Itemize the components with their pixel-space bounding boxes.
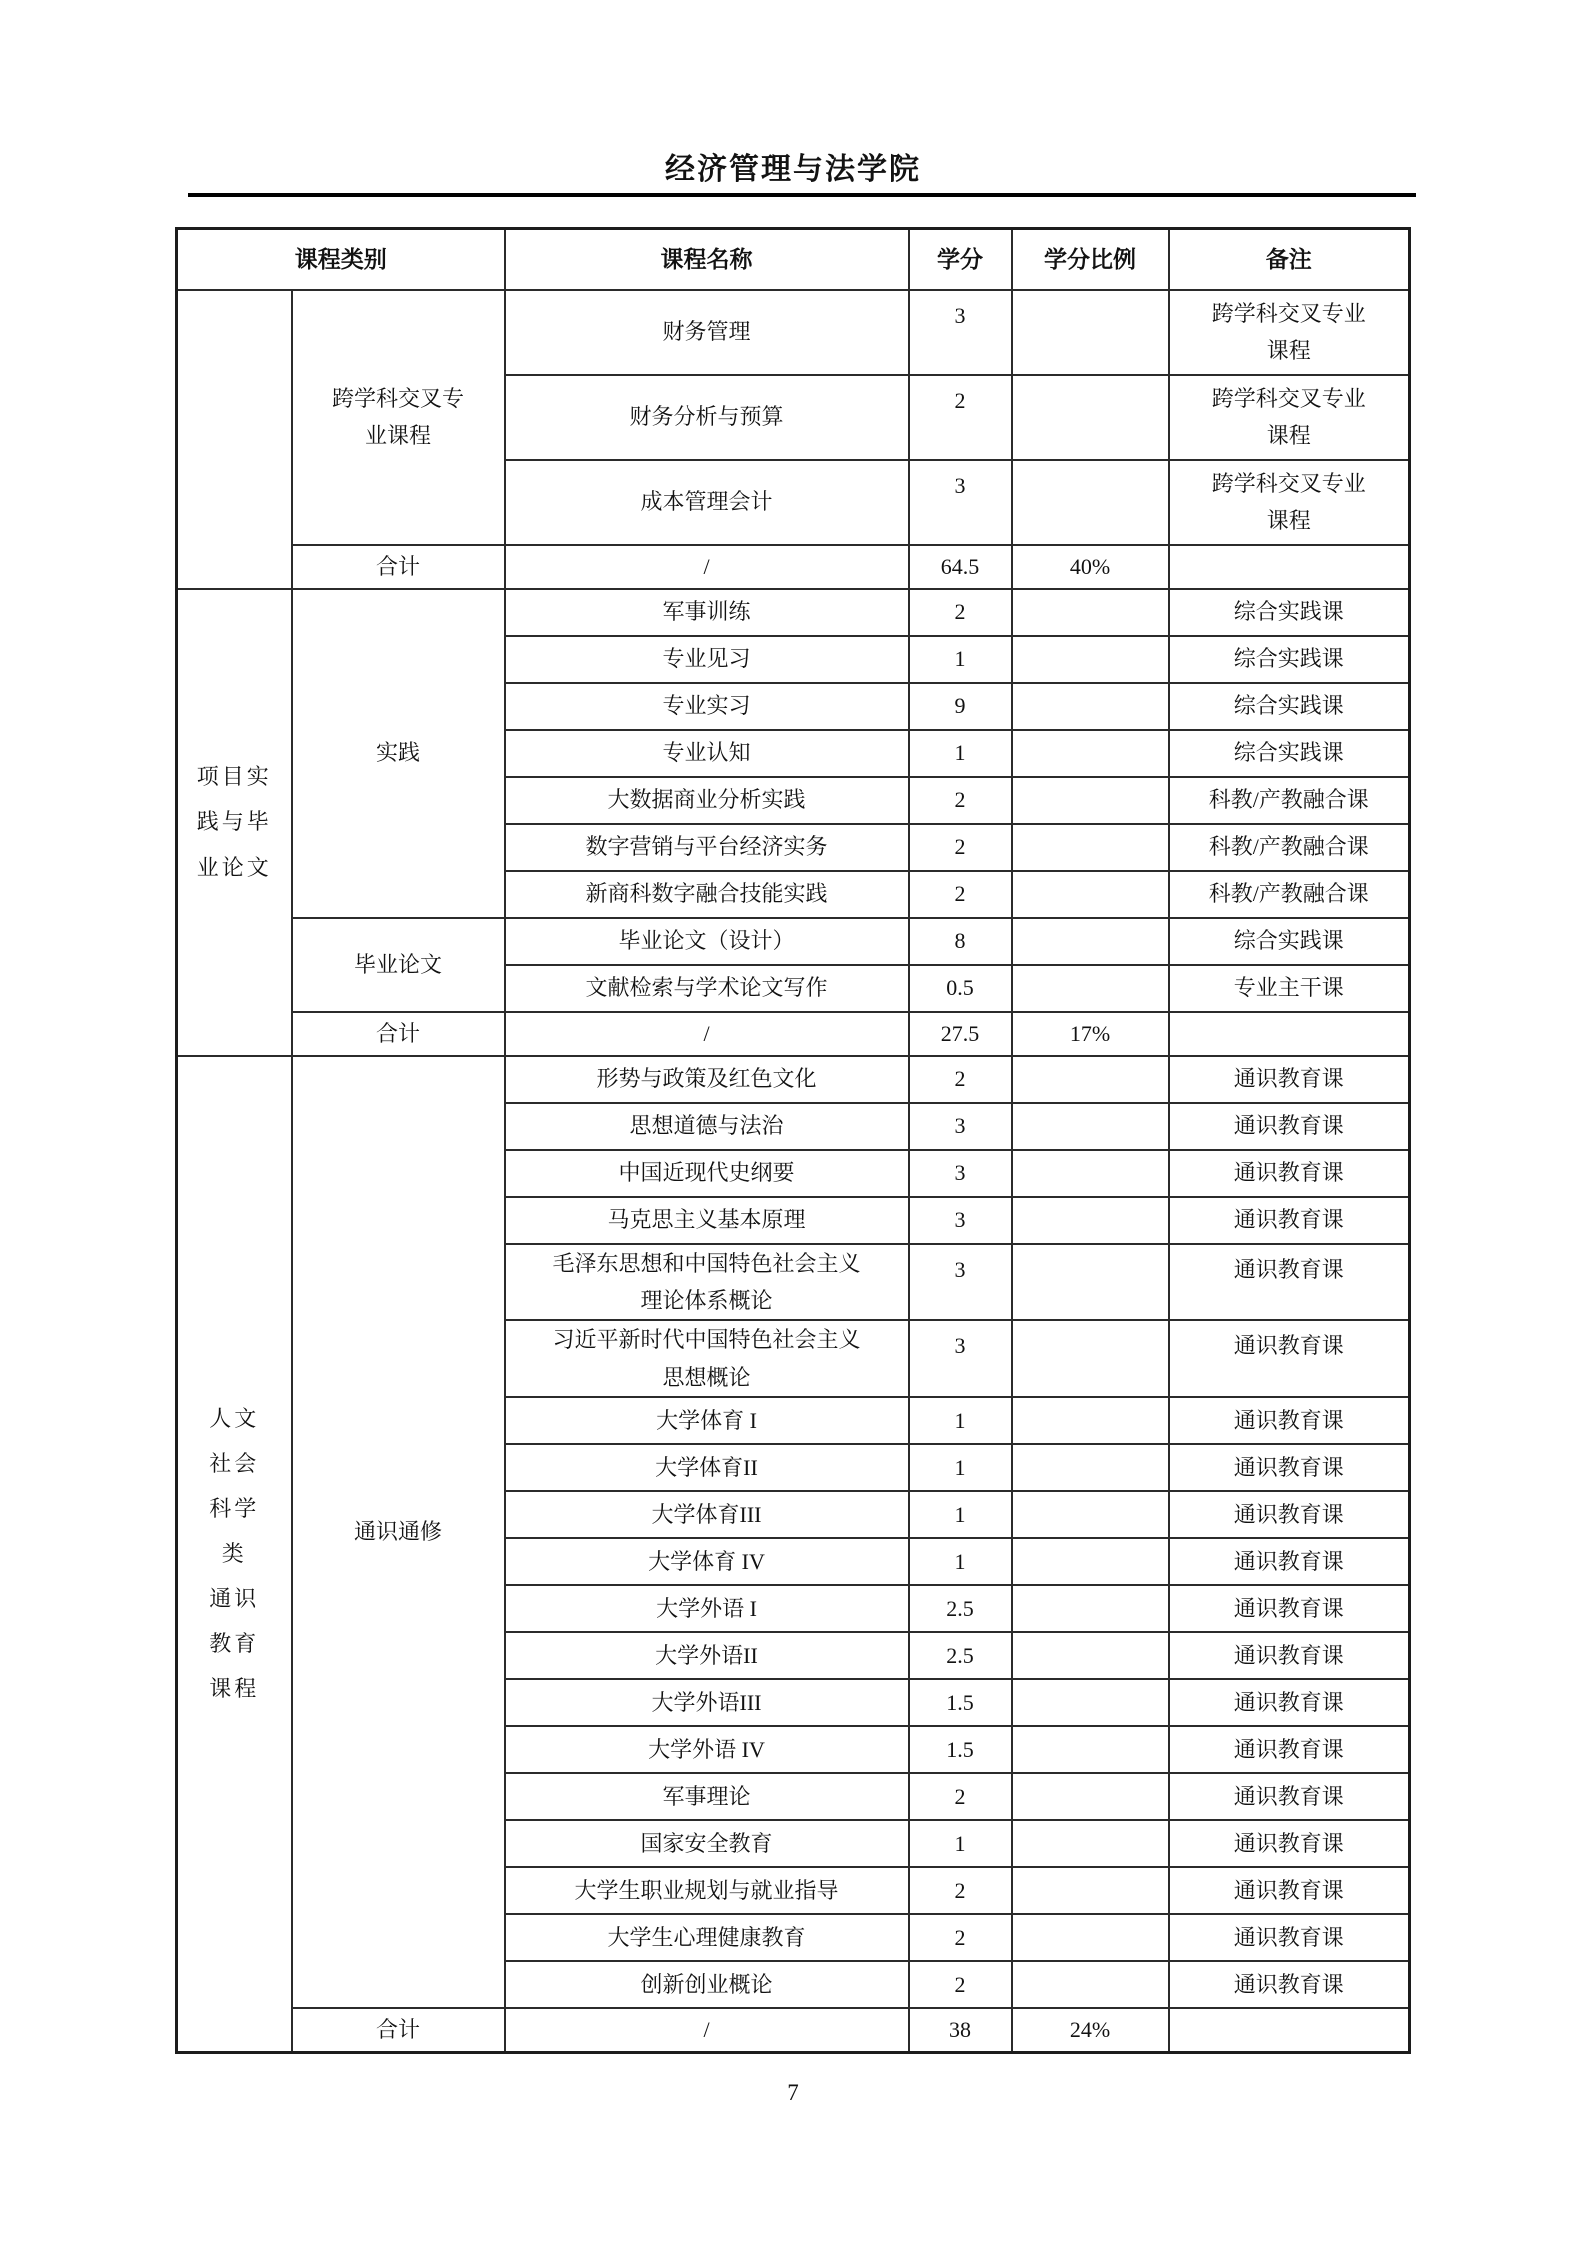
credits-cell: 2 bbox=[909, 1914, 1012, 1961]
credits-cell: 1 bbox=[909, 1444, 1012, 1491]
ratio-cell bbox=[1012, 1726, 1169, 1773]
credits-cell: 2 bbox=[909, 375, 1012, 460]
remark-cell: 通识教育课 bbox=[1169, 1679, 1410, 1726]
ratio-cell bbox=[1012, 375, 1169, 460]
remark-cell: 通识教育课 bbox=[1169, 1244, 1410, 1321]
header-category: 课程类别 bbox=[177, 229, 505, 290]
ratio-cell bbox=[1012, 1632, 1169, 1679]
credits-cell: 2 bbox=[909, 1961, 1012, 2008]
curriculum-table: 课程类别 课程名称 学分 学分比例 备注 跨学科交叉专 业课程 财务管理 3 跨… bbox=[175, 227, 1411, 2054]
remark-cell: 通识教育课 bbox=[1169, 1103, 1410, 1150]
ratio-cell bbox=[1012, 589, 1169, 636]
credits-cell: 1 bbox=[909, 730, 1012, 777]
credits-cell: 64.5 bbox=[909, 545, 1012, 589]
total-row: 合计 / 64.5 40% bbox=[177, 545, 1410, 589]
remark-cell bbox=[1169, 2008, 1410, 2052]
credits-cell: 2 bbox=[909, 1867, 1012, 1914]
header-course: 课程名称 bbox=[505, 229, 909, 290]
table-header-row: 课程类别 课程名称 学分 学分比例 备注 bbox=[177, 229, 1410, 290]
subcategory-cell: 跨学科交叉专 业课程 bbox=[292, 290, 505, 545]
remark-cell: 通识教育课 bbox=[1169, 1397, 1410, 1444]
page-number: 7 bbox=[0, 2080, 1586, 2106]
credits-cell: 1 bbox=[909, 1538, 1012, 1585]
ratio-cell bbox=[1012, 1444, 1169, 1491]
course-name-cell: 国家安全教育 bbox=[505, 1820, 909, 1867]
ratio-cell bbox=[1012, 1320, 1169, 1397]
remark-cell: 通识教育课 bbox=[1169, 1914, 1410, 1961]
table-row: 毕业论文 毕业论文（设计） 8 综合实践课 bbox=[177, 918, 1410, 965]
table-row: 跨学科交叉专 业课程 财务管理 3 跨学科交叉专业 课程 bbox=[177, 290, 1410, 375]
course-name-cell: / bbox=[505, 2008, 909, 2052]
ratio-cell bbox=[1012, 1914, 1169, 1961]
credits-cell: 38 bbox=[909, 2008, 1012, 2052]
remark-cell: 通识教育课 bbox=[1169, 1197, 1410, 1244]
remark-cell: 综合实践课 bbox=[1169, 730, 1410, 777]
remark-cell: 通识教育课 bbox=[1169, 1444, 1410, 1491]
remark-cell: 通识教育课 bbox=[1169, 1585, 1410, 1632]
credits-cell: 27.5 bbox=[909, 1012, 1012, 1056]
ratio-cell bbox=[1012, 1197, 1169, 1244]
course-name-cell: 中国近现代史纲要 bbox=[505, 1150, 909, 1197]
credits-cell: 3 bbox=[909, 290, 1012, 375]
remark-cell: 跨学科交叉专业 课程 bbox=[1169, 460, 1410, 545]
ratio-cell bbox=[1012, 290, 1169, 375]
credits-cell: 8 bbox=[909, 918, 1012, 965]
total-label-cell: 合计 bbox=[292, 545, 505, 589]
remark-cell: 通识教育课 bbox=[1169, 1538, 1410, 1585]
course-name-cell: 习近平新时代中国特色社会主义 思想概论 bbox=[505, 1320, 909, 1397]
credits-cell: 3 bbox=[909, 1103, 1012, 1150]
course-name-cell: / bbox=[505, 545, 909, 589]
total-row: 合计 / 38 24% bbox=[177, 2008, 1410, 2052]
remark-cell: 跨学科交叉专业 课程 bbox=[1169, 375, 1410, 460]
credits-cell: 3 bbox=[909, 1244, 1012, 1321]
credits-cell: 3 bbox=[909, 460, 1012, 545]
remark-cell: 科教/产教融合课 bbox=[1169, 871, 1410, 918]
table-row: 人文 社会 科学 类 通识 教育 课程 通识通修 形势与政策及红色文化 2 通识… bbox=[177, 1056, 1410, 1103]
total-label-cell: 合计 bbox=[292, 1012, 505, 1056]
credits-cell: 3 bbox=[909, 1197, 1012, 1244]
credits-cell: 2.5 bbox=[909, 1632, 1012, 1679]
total-row: 合计 / 27.5 17% bbox=[177, 1012, 1410, 1056]
credits-cell: 2 bbox=[909, 1773, 1012, 1820]
course-name-cell: 财务分析与预算 bbox=[505, 375, 909, 460]
ratio-cell: 24% bbox=[1012, 2008, 1169, 2052]
course-name-cell: 大学外语 I bbox=[505, 1585, 909, 1632]
course-name-cell: 大学体育II bbox=[505, 1444, 909, 1491]
remark-cell: 通识教育课 bbox=[1169, 1056, 1410, 1103]
ratio-cell bbox=[1012, 1679, 1169, 1726]
course-name-cell: 马克思主义基本原理 bbox=[505, 1197, 909, 1244]
ratio-cell bbox=[1012, 965, 1169, 1012]
ratio-cell bbox=[1012, 824, 1169, 871]
course-name-cell: 毕业论文（设计） bbox=[505, 918, 909, 965]
remark-cell: 科教/产教融合课 bbox=[1169, 824, 1410, 871]
course-name-cell: 新商科数字融合技能实践 bbox=[505, 871, 909, 918]
credits-cell: 2 bbox=[909, 871, 1012, 918]
ratio-cell bbox=[1012, 636, 1169, 683]
course-name-cell: 思想道德与法治 bbox=[505, 1103, 909, 1150]
remark-cell: 通识教育课 bbox=[1169, 1632, 1410, 1679]
table-row: 项目实 践与毕 业论文 实践 军事训练 2 综合实践课 bbox=[177, 589, 1410, 636]
page-title: 经济管理与法学院 bbox=[0, 144, 1586, 188]
ratio-cell bbox=[1012, 1867, 1169, 1914]
ratio-cell bbox=[1012, 730, 1169, 777]
course-name-cell: 创新创业概论 bbox=[505, 1961, 909, 2008]
ratio-cell bbox=[1012, 1773, 1169, 1820]
subcategory-cell: 毕业论文 bbox=[292, 918, 505, 1012]
remark-cell bbox=[1169, 545, 1410, 589]
ratio-cell bbox=[1012, 777, 1169, 824]
ratio-cell bbox=[1012, 1538, 1169, 1585]
header-credits: 学分 bbox=[909, 229, 1012, 290]
remark-cell: 综合实践课 bbox=[1169, 683, 1410, 730]
ratio-cell bbox=[1012, 1820, 1169, 1867]
subcategory-cell: 通识通修 bbox=[292, 1056, 505, 2009]
course-name-cell: 专业实习 bbox=[505, 683, 909, 730]
ratio-cell bbox=[1012, 683, 1169, 730]
course-name-cell: 毛泽东思想和中国特色社会主义 理论体系概论 bbox=[505, 1244, 909, 1321]
credits-cell: 2.5 bbox=[909, 1585, 1012, 1632]
course-name-cell: 大数据商业分析实践 bbox=[505, 777, 909, 824]
course-name-cell: 大学生职业规划与就业指导 bbox=[505, 1867, 909, 1914]
credits-cell: 1.5 bbox=[909, 1679, 1012, 1726]
course-name-cell: 大学外语III bbox=[505, 1679, 909, 1726]
category-cell: 项目实 践与毕 业论文 bbox=[177, 589, 292, 1056]
course-name-cell: 形势与政策及红色文化 bbox=[505, 1056, 909, 1103]
remark-cell: 综合实践课 bbox=[1169, 918, 1410, 965]
credits-cell: 1 bbox=[909, 636, 1012, 683]
credits-cell: 9 bbox=[909, 683, 1012, 730]
ratio-cell bbox=[1012, 1585, 1169, 1632]
course-name-cell: 大学外语 IV bbox=[505, 1726, 909, 1773]
remark-cell: 综合实践课 bbox=[1169, 636, 1410, 683]
header-remark: 备注 bbox=[1169, 229, 1410, 290]
credits-cell: 1 bbox=[909, 1397, 1012, 1444]
subcategory-cell: 实践 bbox=[292, 589, 505, 918]
remark-cell: 通识教育课 bbox=[1169, 1820, 1410, 1867]
ratio-cell: 17% bbox=[1012, 1012, 1169, 1056]
course-name-cell: 大学体育III bbox=[505, 1491, 909, 1538]
title-divider-rule bbox=[188, 193, 1416, 197]
credits-cell: 3 bbox=[909, 1150, 1012, 1197]
course-name-cell: 大学外语II bbox=[505, 1632, 909, 1679]
credits-cell: 1 bbox=[909, 1820, 1012, 1867]
ratio-cell: 40% bbox=[1012, 545, 1169, 589]
ratio-cell bbox=[1012, 460, 1169, 545]
credits-cell: 0.5 bbox=[909, 965, 1012, 1012]
course-name-cell: 成本管理会计 bbox=[505, 460, 909, 545]
remark-cell: 通识教育课 bbox=[1169, 1773, 1410, 1820]
course-name-cell: 军事理论 bbox=[505, 1773, 909, 1820]
ratio-cell bbox=[1012, 1103, 1169, 1150]
course-name-cell: 专业认知 bbox=[505, 730, 909, 777]
total-label-cell: 合计 bbox=[292, 2008, 505, 2052]
course-name-cell: / bbox=[505, 1012, 909, 1056]
category-cell bbox=[177, 290, 292, 589]
course-name-cell: 大学体育 I bbox=[505, 1397, 909, 1444]
course-name-cell: 大学生心理健康教育 bbox=[505, 1914, 909, 1961]
credits-cell: 1 bbox=[909, 1491, 1012, 1538]
course-name-cell: 文献检索与学术论文写作 bbox=[505, 965, 909, 1012]
remark-cell bbox=[1169, 1012, 1410, 1056]
ratio-cell bbox=[1012, 1961, 1169, 2008]
ratio-cell bbox=[1012, 918, 1169, 965]
credits-cell: 2 bbox=[909, 589, 1012, 636]
ratio-cell bbox=[1012, 1491, 1169, 1538]
course-name-cell: 军事训练 bbox=[505, 589, 909, 636]
course-name-cell: 数字营销与平台经济实务 bbox=[505, 824, 909, 871]
ratio-cell bbox=[1012, 871, 1169, 918]
credits-cell: 1.5 bbox=[909, 1726, 1012, 1773]
remark-cell: 专业主干课 bbox=[1169, 965, 1410, 1012]
header-ratio: 学分比例 bbox=[1012, 229, 1169, 290]
remark-cell: 科教/产教融合课 bbox=[1169, 777, 1410, 824]
category-cell: 人文 社会 科学 类 通识 教育 课程 bbox=[177, 1056, 292, 2053]
ratio-cell bbox=[1012, 1397, 1169, 1444]
credits-cell: 2 bbox=[909, 824, 1012, 871]
credits-cell: 2 bbox=[909, 777, 1012, 824]
course-name-cell: 大学体育 IV bbox=[505, 1538, 909, 1585]
remark-cell: 综合实践课 bbox=[1169, 589, 1410, 636]
ratio-cell bbox=[1012, 1056, 1169, 1103]
ratio-cell bbox=[1012, 1150, 1169, 1197]
credits-cell: 3 bbox=[909, 1320, 1012, 1397]
remark-cell: 通识教育课 bbox=[1169, 1961, 1410, 2008]
ratio-cell bbox=[1012, 1244, 1169, 1321]
course-name-cell: 财务管理 bbox=[505, 290, 909, 375]
remark-cell: 通识教育课 bbox=[1169, 1150, 1410, 1197]
document-page: 经济管理与法学院 课程类别 课程名称 学分 学分比例 备注 跨学科交叉专 业课程… bbox=[0, 0, 1586, 2245]
remark-cell: 通识教育课 bbox=[1169, 1491, 1410, 1538]
remark-cell: 通识教育课 bbox=[1169, 1867, 1410, 1914]
remark-cell: 通识教育课 bbox=[1169, 1320, 1410, 1397]
credits-cell: 2 bbox=[909, 1056, 1012, 1103]
course-name-cell: 专业见习 bbox=[505, 636, 909, 683]
remark-cell: 跨学科交叉专业 课程 bbox=[1169, 290, 1410, 375]
remark-cell: 通识教育课 bbox=[1169, 1726, 1410, 1773]
